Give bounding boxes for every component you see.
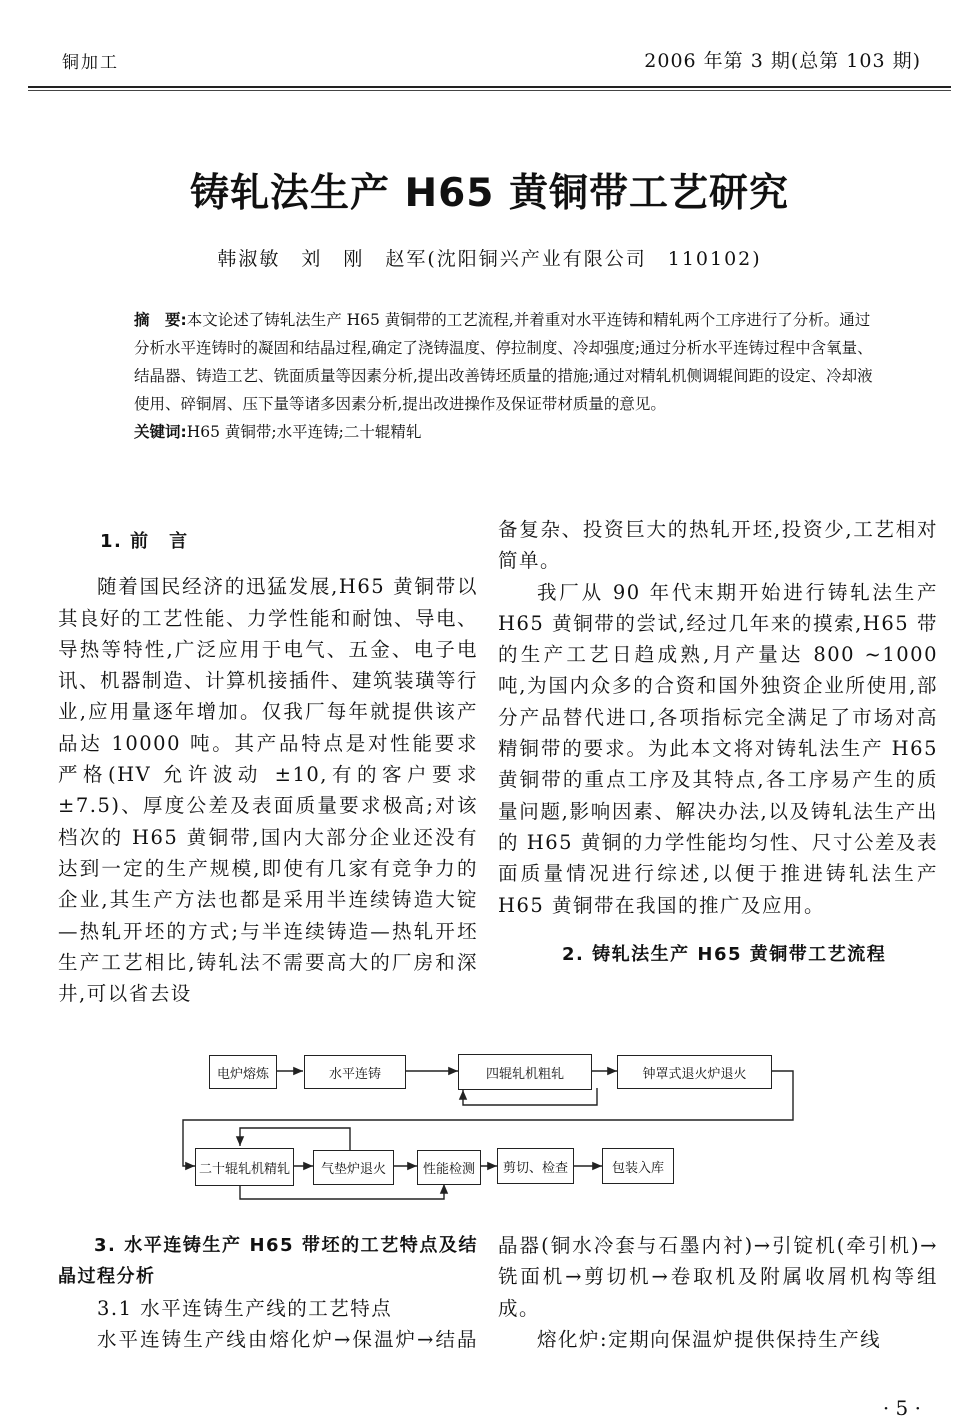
- section-3-1-paragraph-2: 熔化炉:定期向保温炉提供保持生产线: [498, 1324, 938, 1355]
- flowchart-connectors: [0, 0, 979, 1427]
- flow-step-rough-rolling: 四辊轧机粗轧: [458, 1054, 592, 1090]
- flow-step-bell-annealing: 钟罩式退火炉退火: [617, 1055, 772, 1089]
- flow-step-horizontal-casting: 水平连铸: [304, 1055, 406, 1089]
- flow-step-melting: 电炉熔炼: [209, 1055, 277, 1089]
- right-column-lower: 晶器(铜水冷套与石墨内衬)→引锭机(牵引机)→铣面机→剪切机→卷取机及附属收屑机…: [498, 1230, 938, 1355]
- flow-step-packaging: 包装入库: [602, 1148, 674, 1184]
- section-3-1-paragraph-1: 水平连铸生产线由熔化炉→保温炉→结晶器(铜水冷套与石墨内衬)→引锭机(牵引机)→…: [58, 1324, 478, 1355]
- flow-step-finish-rolling: 二十辊轧机精轧: [195, 1148, 294, 1186]
- left-column-lower: 3. 水平连铸生产 H65 带坯的工艺特点及结晶过程分析 3.1 水平连铸生产线…: [58, 1230, 478, 1355]
- flow-step-cutting-inspection: 剪切、检查: [497, 1148, 574, 1184]
- section-3-heading: 3. 水平连铸生产 H65 带坯的工艺特点及结晶过程分析: [58, 1230, 478, 1293]
- flow-step-testing: 性能检测: [417, 1150, 481, 1185]
- flow-step-air-cushion-annealing: 气垫炉退火: [313, 1150, 394, 1185]
- section-3-1-paragraph-1-continued: 晶器(铜水冷套与石墨内衬)→引锭机(牵引机)→铣面机→剪切机→卷取机及附属收屑机…: [498, 1230, 938, 1324]
- page-number: · 5 ·: [883, 1396, 921, 1420]
- section-3-1-heading: 3.1 水平连铸生产线的工艺特点: [58, 1293, 478, 1324]
